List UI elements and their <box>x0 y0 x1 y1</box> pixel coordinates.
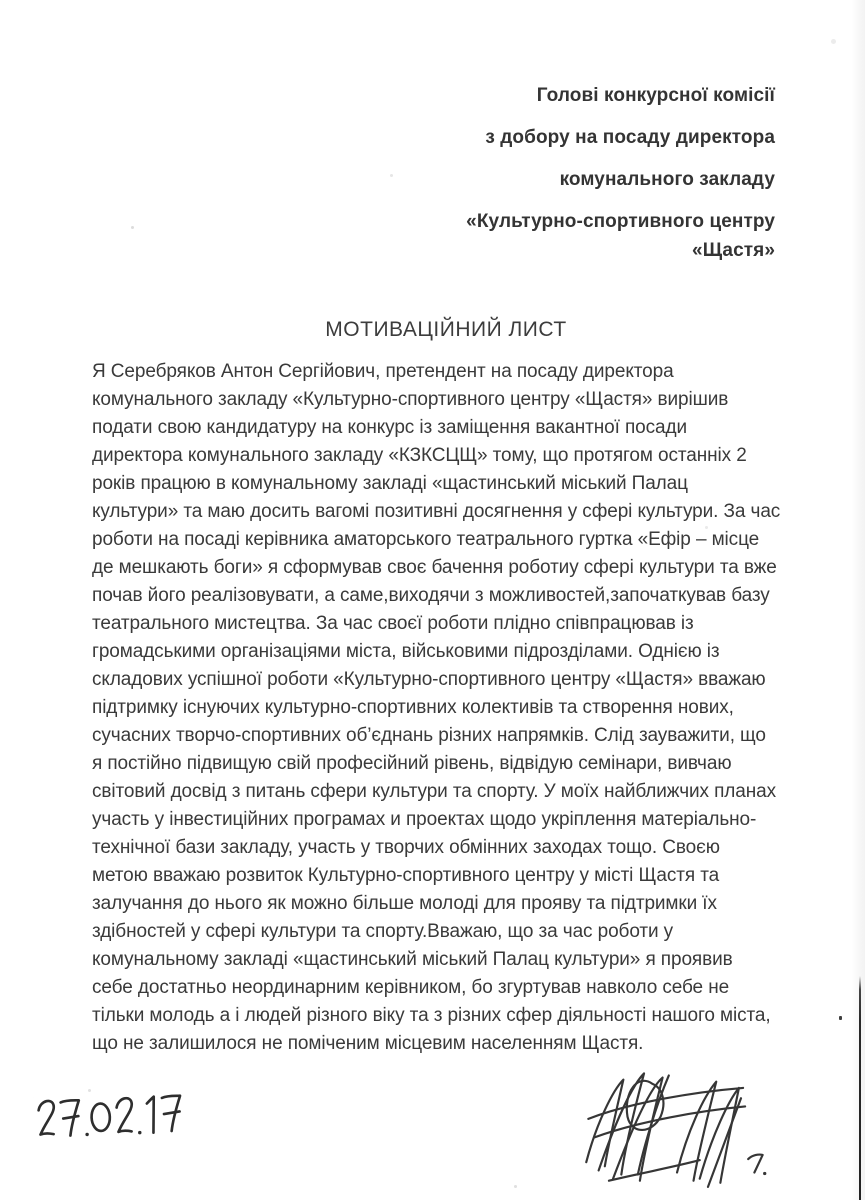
letter-body-line: світовий досвід з питань сфери культури … <box>92 778 822 806</box>
letter-body-line: театрального мистецтва. За час своєї роб… <box>92 610 822 638</box>
scanned-letter-page: Голові конкурсної комісіїз добору на пос… <box>0 0 865 1200</box>
letter-body-line: роботи на посаді керівника аматорського … <box>92 526 822 554</box>
letter-body: Я Серебряков Антон Сергійович, претенден… <box>92 358 822 1058</box>
recipient-line: комунального закладу <box>466 165 775 194</box>
letter-body-line: сучасних творчо-спортивних об’єднань різ… <box>92 722 822 750</box>
letter-body-line: себе достатньо неординарним керівником, … <box>92 974 822 1002</box>
letter-title: МОТИВАЦІЙНИЙ ЛИСТ <box>92 316 800 344</box>
handwritten-date: 27.02.17 <box>33 1091 187 1152</box>
letter-body-line: комунальному закладі «щастинський міськи… <box>92 946 822 974</box>
letter-body-line: культури» та маю досить вагомі позитивні… <box>92 498 822 526</box>
letter-body-line: технічної бази закладу, участь у творчих… <box>92 834 822 862</box>
recipient-line: Голові конкурсної комісії <box>466 81 775 110</box>
letter-body-line: де мешкають боги» я сформував своє бачен… <box>92 554 822 582</box>
signature-scribble-icon <box>578 1056 774 1192</box>
recipient-line: «Культурно-спортивного центру «Щастя» <box>466 207 775 265</box>
letter-body-line: метою вважаю розвиток Культурно-спортивн… <box>92 862 822 890</box>
letter-body-line: подати свою кандидатуру на конкурс із за… <box>92 414 822 442</box>
letter-body-line: комунального закладу «Культурно-спортивн… <box>92 386 822 414</box>
letter-body-line: почав його реалізовувати, а саме,виходяч… <box>92 582 822 610</box>
letter-body-line: років працюю в комунальному закладі «щас… <box>92 470 822 498</box>
letter-body-line: участь у інвестиційних програмах и проек… <box>92 806 822 834</box>
letter-body-line: громадськими організаціями міста, військ… <box>92 638 822 666</box>
signature-strokes <box>578 1056 774 1192</box>
scan-edge-shade <box>851 0 865 1200</box>
letter-body-line: що не залишилося не поміченим місцевим н… <box>92 1030 822 1058</box>
letter-body-line: складових успішної роботи «Культурно-спо… <box>92 666 822 694</box>
scan-speck-noise <box>131 226 134 229</box>
letter-body-line: здібностей у сфері культури та спорту.Вв… <box>92 918 822 946</box>
recipient-block: Голові конкурсної комісіїз добору на пос… <box>466 81 775 278</box>
recipient-line: з добору на посаду директора <box>466 123 775 152</box>
letter-body-line: підтримку існуючих культурно-спортивних … <box>92 694 822 722</box>
handwritten-date-strokes <box>33 1091 187 1148</box>
letter-body-line: я постійно підвищую свій професійний рів… <box>92 750 822 778</box>
letter-body-line: директора комунального закладу «КЗКСЦЩ» … <box>92 442 822 470</box>
letter-body-line: Я Серебряков Антон Сергійович, претенден… <box>92 358 822 386</box>
letter-body-line: залучання до нього як можно більше молод… <box>92 890 822 918</box>
scan-dot-artifact <box>839 1016 842 1020</box>
letter-body-line: тільки молодь а і людей різного віку та … <box>92 1002 822 1030</box>
